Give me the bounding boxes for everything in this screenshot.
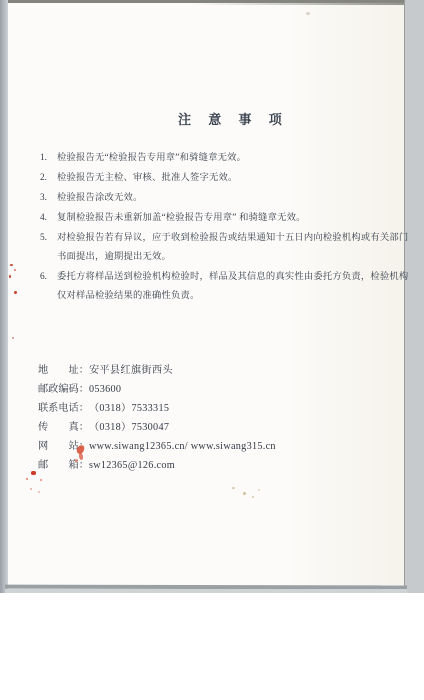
ink-speck bbox=[30, 488, 32, 490]
contact-value: sw12365@126.com bbox=[89, 460, 175, 471]
contact-row-website: 网 站：www.siwang12365.cn/ www.siwang315.cn bbox=[38, 437, 378, 456]
notice-number: 5. bbox=[40, 229, 57, 266]
contact-block: 地 址：安平县红旗街西头 邮政编码：053600 联系电话：（0318）7533… bbox=[38, 361, 378, 475]
contact-row-fax: 传 真：（0318）7530047 bbox=[38, 418, 378, 437]
notice-number: 4. bbox=[40, 209, 57, 228]
red-ink-smear bbox=[75, 459, 78, 462]
notice-text: 检验报告涂改无效。 bbox=[57, 189, 409, 208]
contact-row-address: 地 址：安平县红旗街西头 bbox=[38, 361, 378, 380]
contact-value: （0318）7533315 bbox=[89, 399, 169, 414]
ink-speck bbox=[14, 269, 16, 271]
contact-value: （0318）7530047 bbox=[89, 418, 169, 433]
ink-speck bbox=[38, 491, 40, 493]
notice-text: 复制检验报告未重新加盖“检验报告专用章” 和骑缝章无效。 bbox=[57, 209, 409, 228]
notice-item: 1. 检验报告无“检验报告专用章”和骑缝章无效。 bbox=[40, 149, 412, 168]
notice-text: 委托方将样品送到检验机构检验时，样品及其信息的真实性由委托方负责，检验机构仅对样… bbox=[57, 268, 409, 305]
ink-speck bbox=[40, 479, 42, 481]
ink-speck bbox=[31, 471, 36, 475]
contact-label: 邮政编码： bbox=[38, 380, 89, 395]
ink-speck bbox=[9, 275, 11, 278]
ink-speck bbox=[10, 264, 13, 266]
scan-edge-left bbox=[0, 0, 8, 593]
notice-number: 1. bbox=[40, 149, 57, 168]
notice-item: 2. 检验报告无主检、审核、批准人签字无效。 bbox=[40, 169, 412, 188]
ink-speck bbox=[306, 12, 310, 15]
ink-speck bbox=[232, 487, 235, 489]
notice-text: 对检验报告若有异议，应于收到检验报告或结果通知十五日内向检验机构或有关部门书面提… bbox=[57, 229, 409, 266]
contact-label: 地 址： bbox=[38, 361, 89, 376]
ink-speck bbox=[252, 496, 254, 498]
contact-row-phone: 联系电话：（0318）7533315 bbox=[38, 399, 378, 418]
contact-row-email: 邮 箱：sw12365@126.com bbox=[38, 456, 378, 475]
notice-item: 6. 委托方将样品送到检验机构检验时，样品及其信息的真实性由委托方负责，检验机构… bbox=[40, 268, 412, 305]
scan-edge-bottom-fade bbox=[5, 589, 407, 593]
contact-label: 联系电话： bbox=[38, 399, 89, 414]
notice-item: 3. 检验报告涂改无效。 bbox=[40, 189, 412, 208]
notice-number: 2. bbox=[40, 169, 57, 188]
contact-value: www.siwang12365.cn/ www.siwang315.cn bbox=[89, 441, 276, 452]
contact-row-postcode: 邮政编码：053600 bbox=[38, 380, 378, 399]
scan-edge-top-right bbox=[194, 2, 424, 5]
notice-number: 6. bbox=[40, 268, 57, 305]
notice-item: 4. 复制检验报告未重新加盖“检验报告专用章” 和骑缝章无效。 bbox=[40, 209, 412, 228]
scanned-page: 注 意 事 项 1. 检验报告无“检验报告专用章”和骑缝章无效。 2. 检验报告… bbox=[0, 0, 424, 593]
ink-speck bbox=[258, 489, 260, 491]
notice-text: 检验报告无主检、审核、批准人签字无效。 bbox=[57, 169, 409, 188]
ink-speck bbox=[14, 291, 17, 294]
notice-number: 3. bbox=[40, 189, 57, 208]
contact-value: 安平县红旗街西头 bbox=[89, 361, 173, 376]
contact-value: 053600 bbox=[89, 384, 121, 395]
notice-list: 1. 检验报告无“检验报告专用章”和骑缝章无效。 2. 检验报告无主检、审核、批… bbox=[40, 149, 412, 307]
contact-label: 传 真： bbox=[38, 418, 89, 433]
notice-text: 检验报告无“检验报告专用章”和骑缝章无效。 bbox=[57, 149, 409, 168]
notice-item: 5. 对检验报告若有异议，应于收到检验报告或结果通知十五日内向检验机构或有关部门… bbox=[40, 229, 412, 266]
ink-speck bbox=[26, 478, 28, 480]
page-title: 注 意 事 项 bbox=[178, 109, 298, 128]
ink-speck bbox=[243, 492, 246, 495]
ink-speck bbox=[12, 337, 14, 339]
